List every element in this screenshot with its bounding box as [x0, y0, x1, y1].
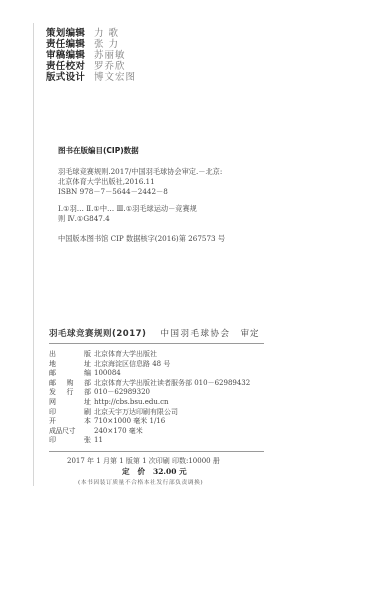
- pub-label-char: 本: [84, 417, 91, 427]
- pub-row: 成品尺寸 240×170 毫米: [49, 427, 250, 437]
- pub-row: 网址 http://cbs.bsu.edu.cn: [49, 398, 250, 408]
- credit-value: 博文宏图: [94, 72, 136, 83]
- pub-label: 邮购部: [49, 379, 91, 389]
- cip-classification: Ⅰ.①羽… Ⅱ.①中… Ⅲ.①羽毛球运动－竞赛规 则 Ⅳ.①G847.4: [58, 204, 197, 224]
- pub-value: 100084: [94, 369, 121, 379]
- credit-row: 审稿编辑 苏丽敏: [46, 50, 136, 61]
- pub-label-char: 编: [84, 369, 91, 379]
- pub-label-char: 部: [84, 379, 91, 389]
- credit-value: 张 力: [94, 39, 119, 50]
- pub-label-char: 址: [84, 360, 91, 370]
- price-value: 32.00 元: [153, 467, 187, 476]
- pub-label: 出版: [49, 350, 91, 360]
- pub-value: 北京海淀区信息路 48 号: [94, 360, 170, 370]
- price-label: 价: [138, 467, 146, 476]
- pub-label-char: 版: [84, 350, 91, 360]
- credit-label: 版式设计: [46, 72, 94, 83]
- pub-label: 开本: [49, 417, 91, 427]
- credit-label: 策划编辑: [46, 28, 94, 39]
- divider: [49, 343, 264, 344]
- pub-value: 010－62989320: [94, 388, 150, 398]
- pub-label: 地址: [49, 360, 91, 370]
- pub-label-char: 址: [84, 398, 91, 408]
- pub-label-char: 行: [67, 388, 74, 398]
- cip-cn-record: 中国版本图书馆 CIP 数据核字(2016)第 267573 号: [58, 234, 225, 244]
- credit-label: 责任校对: [46, 61, 94, 72]
- divider: [49, 451, 264, 452]
- pub-value: 240×170 毫米: [94, 427, 143, 437]
- pub-row: 印张 11: [49, 436, 250, 446]
- pub-value: 11: [94, 436, 103, 446]
- pub-label-char: 部: [84, 388, 91, 398]
- pub-label: 发行部: [49, 388, 91, 398]
- cip-line: ISBN 978－7－5644－2442－8: [58, 187, 268, 197]
- book-title: 羽毛球竞赛规则(2017): [49, 327, 146, 339]
- pub-label: 成品尺寸: [49, 427, 91, 437]
- book-author: 中国羽毛球协会: [160, 327, 230, 339]
- cip-line: 北京体育大学出版社,2016.11: [58, 177, 268, 187]
- pub-value: 北京体育大学出版社读者服务部 010－62989432: [94, 379, 250, 389]
- pub-label-char: 网: [49, 398, 56, 408]
- credit-value: 力 歌: [94, 28, 119, 39]
- page-gutter-line: [33, 23, 34, 486]
- credit-label: 审稿编辑: [46, 50, 94, 61]
- cip-class-line: 则 Ⅳ.①G847.4: [58, 214, 197, 224]
- pub-row: 邮编 100084: [49, 369, 250, 379]
- pub-label-char: 出: [49, 350, 56, 360]
- book-title-row: 羽毛球竞赛规则(2017) 中国羽毛球协会 审定: [49, 327, 264, 339]
- pub-row: 邮购部 北京体育大学出版社读者服务部 010－62989432: [49, 379, 250, 389]
- credit-row: 版式设计 博文宏图: [46, 72, 136, 83]
- pub-label: 网址: [49, 398, 91, 408]
- pub-label-char: 印: [49, 436, 56, 446]
- pub-label-char: 开: [49, 417, 56, 427]
- pub-row: 印刷 北京天宇万达印刷有限公司: [49, 408, 250, 418]
- editorial-credits: 策划编辑 力 歌 责任编辑 张 力 审稿编辑 苏丽敏 责任校对 罗乔欣 版式设计…: [46, 28, 136, 83]
- pub-label: 印张: [49, 436, 91, 446]
- credit-label: 责任编辑: [46, 39, 94, 50]
- pub-value: 北京天宇万达印刷有限公司: [94, 408, 178, 418]
- credit-value: 罗乔欣: [94, 61, 126, 72]
- credit-value: 苏丽敏: [94, 50, 126, 61]
- cip-class-line: Ⅰ.①羽… Ⅱ.①中… Ⅲ.①羽毛球运动－竞赛规: [58, 204, 197, 214]
- pub-label-char: 邮: [49, 369, 56, 379]
- pub-label-char: 邮: [49, 379, 56, 389]
- pub-label: 邮编: [49, 369, 91, 379]
- pub-label-char: 购: [67, 379, 74, 389]
- price-label: 定: [122, 467, 130, 476]
- binding-note: (本书因装订质量不合格本社发行部负责调换): [78, 477, 203, 486]
- edition-line: 2017 年 1 月第 1 版第 1 次印刷 印数:10000 册: [67, 456, 220, 466]
- credit-row: 策划编辑 力 歌: [46, 28, 136, 39]
- pub-value: http://cbs.bsu.edu.cn: [94, 398, 169, 408]
- pub-row: 发行部 010－62989320: [49, 388, 250, 398]
- pub-value: 北京体育大学出版社: [94, 350, 157, 360]
- pub-row: 开本 710×1000 毫米 1/16: [49, 417, 250, 427]
- pub-label-char: 张: [84, 436, 91, 446]
- pub-label-char: 印: [49, 408, 56, 418]
- cip-record: 羽毛球竞赛规则.2017/中国羽毛球协会审定.－北京: 北京体育大学出版社,20…: [58, 167, 268, 197]
- price-line: 定价32.00 元: [122, 466, 195, 477]
- credit-row: 责任校对 罗乔欣: [46, 61, 136, 72]
- pub-row: 出版 北京体育大学出版社: [49, 350, 250, 360]
- pub-value: 710×1000 毫米 1/16: [94, 417, 165, 427]
- book-review-label: 审定: [240, 327, 259, 339]
- cip-line: 羽毛球竞赛规则.2017/中国羽毛球协会审定.－北京:: [58, 167, 268, 177]
- pub-label-char: 刷: [84, 408, 91, 418]
- pub-label-char: 发: [49, 388, 56, 398]
- pub-row: 地址 北京海淀区信息路 48 号: [49, 360, 250, 370]
- pub-label: 印刷: [49, 408, 91, 418]
- credit-row: 责任编辑 张 力: [46, 39, 136, 50]
- publication-info: 出版 北京体育大学出版社 地址 北京海淀区信息路 48 号 邮编 100084 …: [49, 350, 250, 446]
- pub-label-char: 成品尺寸: [49, 427, 75, 437]
- cip-title: 图书在版编目(CIP)数据: [58, 145, 139, 156]
- pub-label-char: 地: [49, 360, 56, 370]
